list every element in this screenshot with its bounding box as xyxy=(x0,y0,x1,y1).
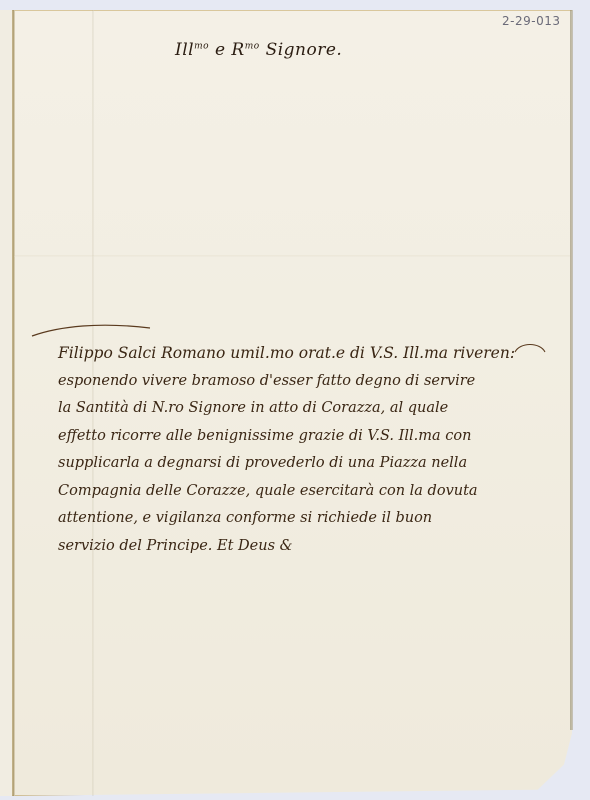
salutation-signore: Signore. xyxy=(266,40,343,60)
body-line-6: Compagnia delle Corazze, quale esercitar… xyxy=(58,478,568,506)
salutation-rmo: R xyxy=(231,40,244,60)
salutation-e: e xyxy=(215,40,226,60)
body-line-4: effetto ricorre alle benignissime grazie… xyxy=(58,423,568,451)
left-margin-strip xyxy=(0,10,12,796)
right-paper-edge xyxy=(570,10,573,730)
catalog-number: 2-29-013 xyxy=(502,14,560,28)
petition-body: Filippo Salci Romano umil.mo orat.e di V… xyxy=(58,340,568,560)
salutation-ill: Ill xyxy=(175,40,194,60)
body-line-8: servizio del Principe. Et Deus & xyxy=(58,533,568,561)
body-line-3: la Santità di N.ro Signore in atto di Co… xyxy=(58,395,568,423)
body-line-5: supplicarla a degnarsi di provederlo di … xyxy=(58,450,568,478)
salutation-heading: Illmo e Rmo Signore. xyxy=(175,40,342,60)
body-line-7: attentione, e vigilanza conforme si rich… xyxy=(58,505,568,533)
salutation-ill-sup: mo xyxy=(194,41,209,51)
body-line-2: esponendo vivere bramoso d'esser fatto d… xyxy=(58,368,568,396)
salutation-rmo-sup: mo xyxy=(245,41,260,51)
manuscript-scan: 2-29-013 Illmo e Rmo Signore. Filippo Sa… xyxy=(0,0,590,800)
horizontal-fold-crease xyxy=(14,255,570,257)
left-fold-crease xyxy=(12,10,15,796)
body-line-1: Filippo Salci Romano umil.mo orat.e di V… xyxy=(58,340,568,368)
